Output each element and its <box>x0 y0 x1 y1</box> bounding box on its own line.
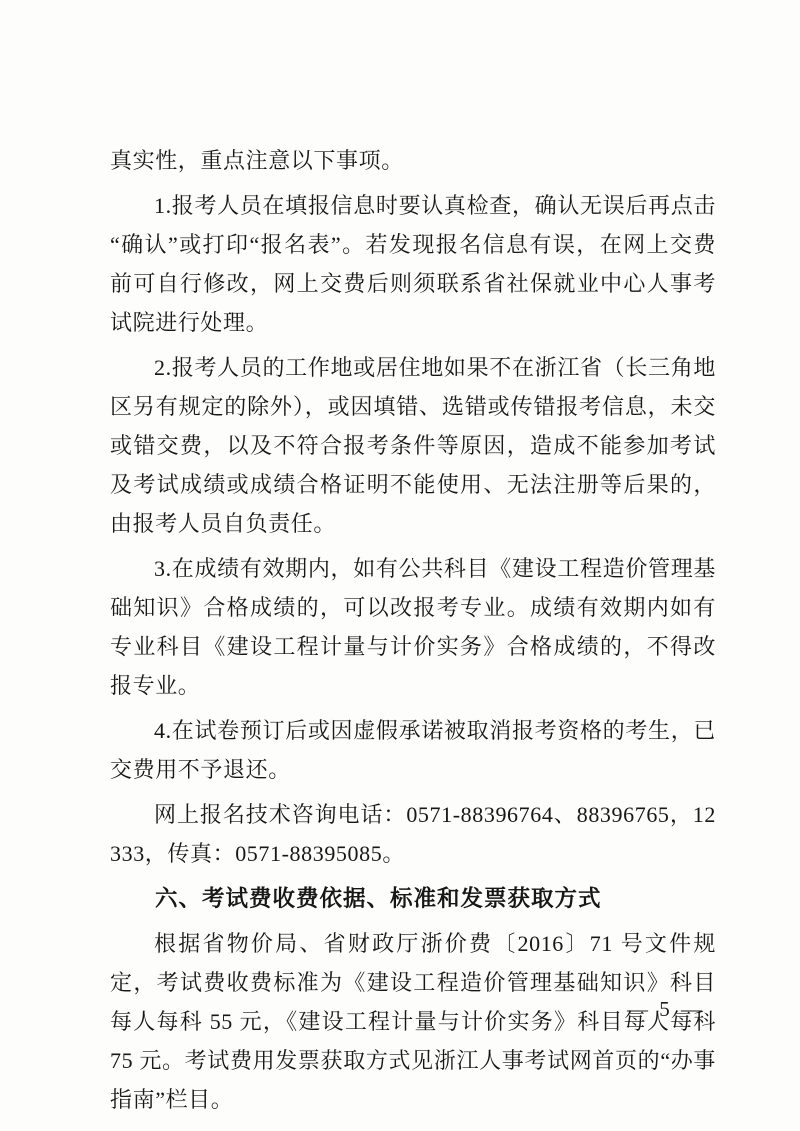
paragraph-fee-standard: 根据省物价局、省财政厅浙价费〔2016〕71 号文件规定，考试费收费标准为《建设… <box>110 924 716 1119</box>
paragraph-item-4: 4.在试卷预订后或因虚假承诺被取消报考资格的考生，已交费用不予退还。 <box>110 711 716 789</box>
paragraph-item-1: 1.报考人员在填报信息时要认真检查，确认无误后再点击“确认”或打印“报名表”。若… <box>110 186 716 342</box>
document-body: 真实性，重点注意以下事项。 1.报考人员在填报信息时要认真检查，确认无误后再点击… <box>110 141 716 1125</box>
document-page: 真实性，重点注意以下事项。 1.报考人员在填报信息时要认真检查，确认无误后再点击… <box>0 0 800 1131</box>
section-heading-fees: 六、考试费收费依据、标准和发票获取方式 <box>110 879 716 918</box>
paragraph-contact-phone: 网上报名技术咨询电话：0571-88396764、88396765，12333，… <box>110 795 716 873</box>
page-number: — 5 — <box>627 997 705 1022</box>
paragraph-item-3: 3.在成绩有效期内，如有公共科目《建设工程造价管理基础知识》合格成绩的，可以改报… <box>110 549 716 705</box>
paragraph-item-2: 2.报考人员的工作地或居住地如果不在浙江省（长三角地区另有规定的除外），或因填错… <box>110 348 716 543</box>
paragraph-continuation: 真实性，重点注意以下事项。 <box>110 141 716 180</box>
